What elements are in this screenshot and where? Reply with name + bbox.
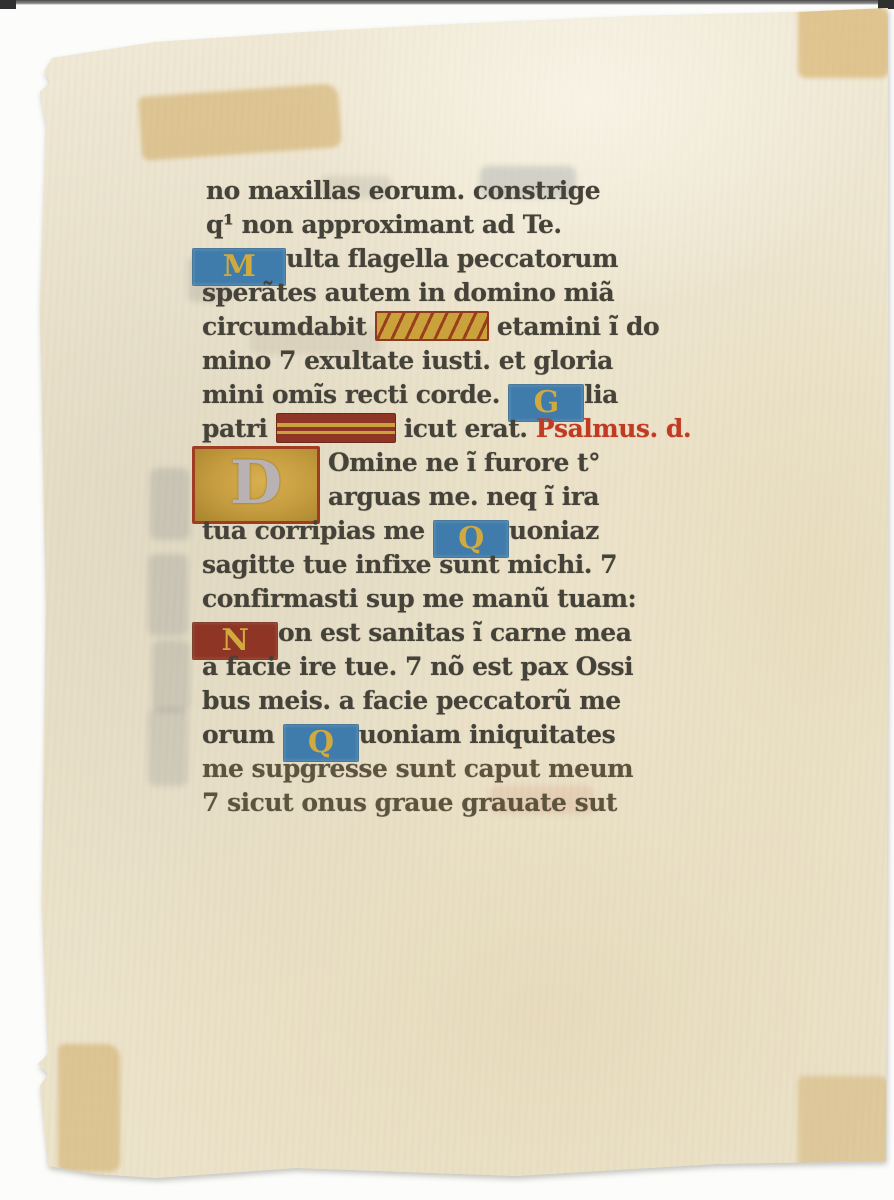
dropcap-lines: Omine ne ĩ furore t°arguas me. neq ĩ ira [328, 446, 600, 514]
latin-text: q¹ non approximant ad Te. [206, 210, 562, 239]
tape-stain-top-right [798, 6, 890, 78]
rubric-text: Psalmus. d. [536, 414, 691, 443]
latin-text: no maxillas eorum. constrige [206, 176, 600, 205]
latin-text: me supgresse sunt caput meum [202, 754, 633, 783]
manuscript-line: sagitte tue infixe sunt michi. 7 [192, 548, 682, 582]
scanner-edge-strip [0, 0, 894, 5]
latin-text: a facie ire tue. 7 nõ est pax Ossi [202, 652, 633, 681]
latin-text: circumdabit [202, 312, 375, 341]
dropcap-group: DOmine ne ĩ furore t°arguas me. neq ĩ ir… [192, 446, 682, 514]
scanned-manuscript-page: { "artifact": { "kind": "illuminated-man… [0, 0, 894, 1200]
latin-text: tua corripias me [202, 516, 433, 545]
latin-text: icut erat. [396, 414, 536, 443]
latin-text: uoniam iniquitates [359, 720, 615, 749]
bleed-through-smudge [150, 468, 190, 540]
tape-stain-bottom-left [58, 1044, 120, 1172]
manuscript-line: Non est sanitas ĩ carne mea [192, 616, 682, 650]
latin-text: confirmasti sup me manũ tuam: [202, 584, 636, 613]
latin-text: sperãtes autem in domino miã [202, 278, 614, 307]
manuscript-line: arguas me. neq ĩ ira [328, 480, 600, 514]
manuscript-line: sperãtes autem in domino miã [192, 276, 682, 310]
manuscript-line: mino 7 exultate iusti. et gloria [192, 344, 682, 378]
manuscript-line: 7 sicut onus graue grauate sut [192, 786, 682, 820]
latin-text: 7 sicut onus graue grauate sut [202, 788, 617, 817]
manuscript-line: circumdabit etamini ĩ do [192, 310, 682, 344]
manuscript-line: Omine ne ĩ furore t° [328, 446, 600, 480]
manuscript-line: no maxillas eorum. constrige [192, 174, 682, 208]
parchment-leaf: no maxillas eorum. constrigeq¹ non appro… [36, 6, 888, 1178]
parchment-leaf-wrapper: no maxillas eorum. constrigeq¹ non appro… [36, 6, 888, 1178]
latin-text: bus meis. a facie peccatorũ me [202, 686, 621, 715]
line-filler-ornament [375, 311, 489, 341]
latin-text: on est sanitas ĩ carne mea [278, 618, 631, 647]
latin-text: uoniaz [509, 516, 599, 545]
manuscript-line: bus meis. a facie peccatorũ me [192, 684, 682, 718]
latin-text: orum [202, 720, 283, 749]
scanner-corner-mark [0, 0, 16, 9]
manuscript-line: me supgresse sunt caput meum [192, 752, 682, 786]
latin-text: mini omĩs recti corde. [202, 380, 508, 409]
manuscript-line: q¹ non approximant ad Te. [192, 208, 682, 242]
latin-text: sagitte tue infixe sunt michi. 7 [202, 550, 617, 579]
latin-text: Omine ne ĩ furore t° [328, 448, 600, 477]
latin-text: lia [584, 380, 618, 409]
manuscript-line: confirmasti sup me manũ tuam: [192, 582, 682, 616]
latin-text: arguas me. neq ĩ ira [328, 482, 599, 511]
bleed-through-smudge [152, 640, 190, 712]
line-filler-ornament [276, 413, 396, 443]
tape-stain-top-left [138, 83, 342, 161]
latin-text: patri [202, 414, 276, 443]
latin-text: mino 7 exultate iusti. et gloria [202, 346, 613, 375]
bleed-through-smudge [148, 708, 188, 786]
latin-text: etamini ĩ do [489, 312, 660, 341]
manuscript-line: orum Quoniam iniquitates [192, 718, 682, 752]
text-block: no maxillas eorum. constrigeq¹ non appro… [192, 174, 682, 820]
illuminated-initial-D: D [192, 446, 320, 524]
manuscript-line: patri icut erat. Psalmus. d. [192, 412, 682, 446]
manuscript-line: a facie ire tue. 7 nõ est pax Ossi [192, 650, 682, 684]
tape-stain-bottom-right [798, 1076, 892, 1172]
bleed-through-smudge [148, 554, 188, 636]
latin-text: ulta flagella peccatorum [286, 244, 618, 273]
manuscript-line: tua corripias me Quoniaz [192, 514, 682, 548]
manuscript-line: Multa flagella peccatorum [192, 242, 682, 276]
manuscript-line: mini omĩs recti corde. Glia [192, 378, 682, 412]
